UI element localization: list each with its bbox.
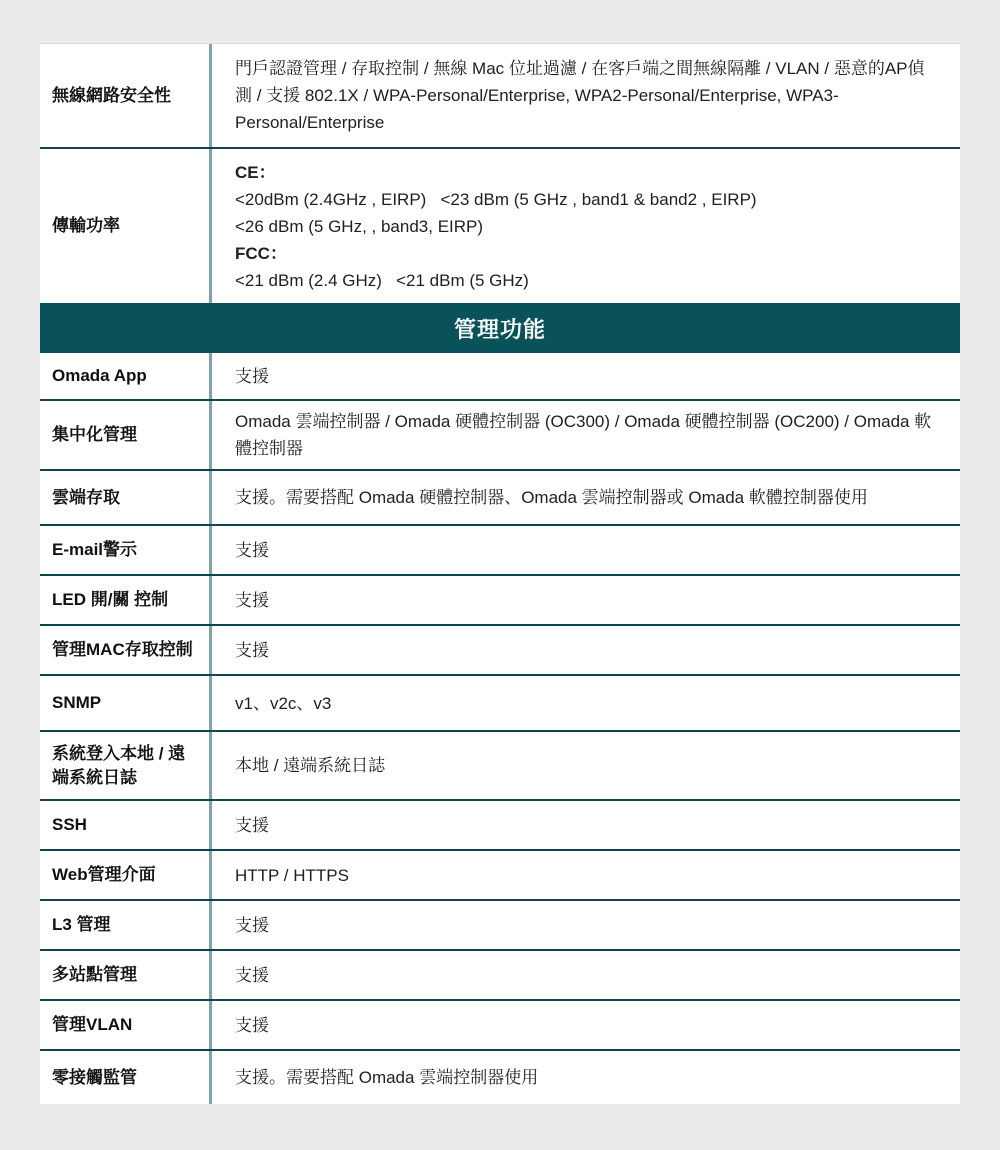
spec-label: E-mail警示 [40,526,212,574]
spec-value: 支援 [212,801,960,849]
spec-value-line: 支援 [235,587,936,614]
spec-value-line: 支援 [235,363,936,390]
spec-value-line: CE： [235,159,936,186]
spec-value: 支援 [212,353,960,399]
spec-label: 傳輸功率 [40,149,212,303]
spec-row: E-mail警示支援 [40,524,960,574]
spec-label: 雲端存取 [40,471,212,524]
spec-row: 零接觸監管支援。需要搭配 Omada 雲端控制器使用 [40,1049,960,1104]
spec-value-line: Omada 雲端控制器 / Omada 硬體控制器 (OC300) / Omad… [235,408,936,462]
spec-value: 支援 [212,1001,960,1049]
spec-value: 支援 [212,626,960,674]
spec-value-line: 本地 / 遠端系統日誌 [235,752,936,779]
spec-value-line: 支援 [235,962,936,989]
spec-rows-top: 無線網路安全性門戶認證管理 / 存取控制 / 無線 Mac 位址過濾 / 在客戶… [40,44,960,303]
spec-row: 傳輸功率CE：<20dBm (2.4GHz , EIRP) <23 dBm (5… [40,147,960,303]
spec-row: 管理MAC存取控制支援 [40,624,960,674]
spec-value: 支援 [212,951,960,999]
spec-value: 本地 / 遠端系統日誌 [212,732,960,799]
spec-label: 零接觸監管 [40,1051,212,1104]
spec-label: Web管理介面 [40,851,212,899]
spec-row: LED 開/關 控制支援 [40,574,960,624]
spec-row: Omada App支援 [40,353,960,399]
spec-value-line: v1、v2c、v3 [235,690,936,717]
spec-value: HTTP / HTTPS [212,851,960,899]
spec-value-line: 支援 [235,912,936,939]
spec-value-line: HTTP / HTTPS [235,862,936,889]
spec-row: SNMPv1、v2c、v3 [40,674,960,730]
spec-row: 無線網路安全性門戶認證管理 / 存取控制 / 無線 Mac 位址過濾 / 在客戶… [40,44,960,147]
spec-value: 支援 [212,901,960,949]
spec-value: 支援。需要搭配 Omada 雲端控制器使用 [212,1051,960,1104]
spec-label: SNMP [40,676,212,730]
spec-label: 管理VLAN [40,1001,212,1049]
spec-label: 管理MAC存取控制 [40,626,212,674]
spec-value: 支援。需要搭配 Omada 硬體控制器、Omada 雲端控制器或 Omada 軟… [212,471,960,524]
spec-value: Omada 雲端控制器 / Omada 硬體控制器 (OC300) / Omad… [212,401,960,469]
section-header-band: 管理功能 [40,303,960,353]
spec-value-line: 支援。需要搭配 Omada 雲端控制器使用 [235,1064,936,1091]
spec-value: 支援 [212,576,960,624]
spec-value-line: 支援 [235,537,936,564]
spec-label: 無線網路安全性 [40,44,212,147]
spec-row: 集中化管理Omada 雲端控制器 / Omada 硬體控制器 (OC300) /… [40,399,960,469]
spec-value-line: 支援。需要搭配 Omada 硬體控制器、Omada 雲端控制器或 Omada 軟… [235,484,936,511]
spec-value: 門戶認證管理 / 存取控制 / 無線 Mac 位址過濾 / 在客戶端之間無線隔離… [212,44,960,147]
spec-value-line: <21 dBm (2.4 GHz) <21 dBm (5 GHz) [235,267,936,294]
spec-value-line: <26 dBm (5 GHz, , band3, EIRP) [235,213,936,240]
spec-value-line: 門戶認證管理 / 存取控制 / 無線 Mac 位址過濾 / 在客戶端之間無線隔離… [235,55,936,136]
spec-label: LED 開/關 控制 [40,576,212,624]
spec-row: SSH支援 [40,799,960,849]
spec-label: 系統登入本地 / 遠端系統日誌 [40,732,212,799]
spec-row: L3 管理支援 [40,899,960,949]
spec-row: 系統登入本地 / 遠端系統日誌本地 / 遠端系統日誌 [40,730,960,799]
spec-row: 管理VLAN支援 [40,999,960,1049]
spec-row: 多站點管理支援 [40,949,960,999]
spec-table: 無線網路安全性門戶認證管理 / 存取控制 / 無線 Mac 位址過濾 / 在客戶… [40,43,960,1104]
section-header-label: 管理功能 [454,313,546,344]
spec-row: Web管理介面HTTP / HTTPS [40,849,960,899]
spec-label: SSH [40,801,212,849]
spec-value-line: 支援 [235,1012,936,1039]
spec-row: 雲端存取支援。需要搭配 Omada 硬體控制器、Omada 雲端控制器或 Oma… [40,469,960,524]
spec-value: v1、v2c、v3 [212,676,960,730]
spec-label: 集中化管理 [40,401,212,469]
spec-value-line: FCC： [235,240,936,267]
spec-value-line: 支援 [235,812,936,839]
spec-value: CE：<20dBm (2.4GHz , EIRP) <23 dBm (5 GHz… [212,149,960,303]
spec-value-line: 支援 [235,637,936,664]
spec-label: 多站點管理 [40,951,212,999]
spec-rows-bottom: Omada App支援集中化管理Omada 雲端控制器 / Omada 硬體控制… [40,353,960,1104]
spec-label: Omada App [40,353,212,399]
spec-label: L3 管理 [40,901,212,949]
spec-value: 支援 [212,526,960,574]
spec-value-line: <20dBm (2.4GHz , EIRP) <23 dBm (5 GHz , … [235,186,936,213]
